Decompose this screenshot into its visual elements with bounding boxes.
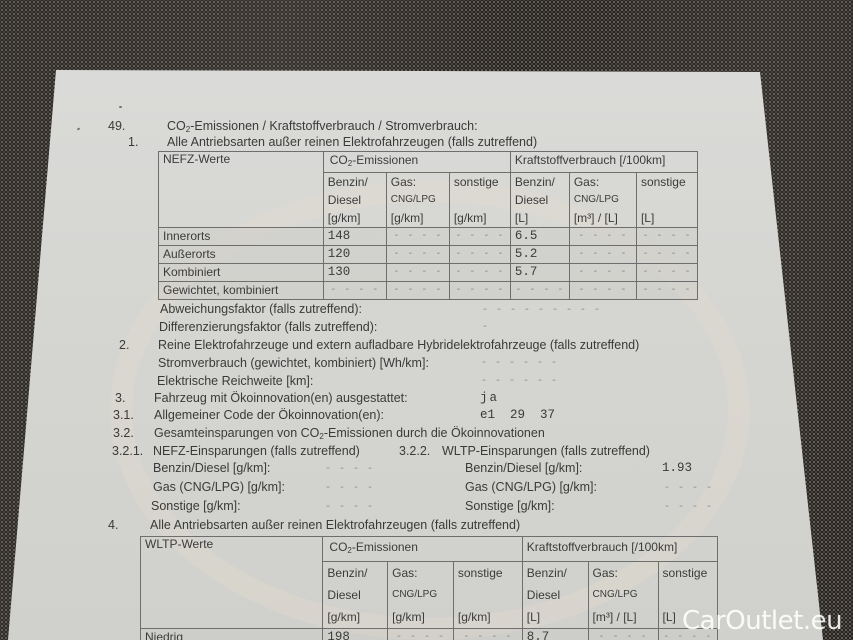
item-3-2-number: 3.2.	[113, 426, 134, 440]
column-header-line: Gas:	[391, 173, 445, 191]
column-header: sonstige [L]	[636, 173, 697, 228]
column-header-line: Gas:	[574, 173, 632, 191]
oekoinnovation-code: e1 29 37	[480, 408, 555, 422]
column-header-line: [g/km]	[327, 606, 383, 628]
column-header-line: [g/km]	[392, 606, 449, 628]
wltp-einsparung-value: - - - -	[664, 483, 713, 494]
item-4-number: 4.	[108, 518, 118, 532]
cell-value: - - - -	[636, 264, 697, 282]
item-2-number: 2.	[119, 338, 129, 352]
column-header-line: [g/km]	[458, 606, 518, 628]
table-row: Gewichtet, kombiniert- - - -- - - -- - -…	[159, 282, 698, 300]
reichweite-label: Elektrische Reichweite [km]:	[157, 374, 313, 388]
item-1-text: Alle Antriebsarten außer reinen Elektrof…	[167, 135, 537, 149]
cell-value: 198	[323, 629, 388, 640]
column-header: Gas:CNG/LPG[m³] / [L]	[569, 173, 636, 228]
cell-value: - - - -	[588, 629, 658, 640]
item-3-2-1-number: 3.2.1.	[112, 444, 143, 458]
column-header-line: Benzin/	[527, 562, 584, 584]
cell-value: 5.2	[510, 246, 569, 264]
column-header-line: [L]	[527, 606, 584, 628]
section-title: CO2-Emissionen / Kraftstoffverbrauch / S…	[167, 119, 478, 134]
item-3-1-text: Allgemeiner Code der Ökoinnovation(en):	[154, 408, 384, 422]
column-header: Gas:CNG/LPG[g/km]	[388, 562, 454, 629]
row-label: Kombiniert	[159, 264, 324, 282]
column-header-line: CNG/LPG	[574, 191, 632, 209]
cell-value: - - - -	[569, 264, 636, 282]
cell-value: - - - -	[636, 282, 697, 300]
wltp-fuel-group-header: Kraftstoffverbrauch [/100km]	[522, 537, 717, 562]
wltp-einsparungen-title: WLTP-Einsparungen (falls zutreffend)	[442, 444, 650, 458]
column-header-line: CNG/LPG	[392, 584, 449, 606]
nefz-corner-header: NEFZ-Werte	[159, 152, 324, 228]
ink-speck	[77, 127, 81, 130]
wltp-co2-group-header: CO2-Emissionen	[323, 537, 522, 562]
column-header: Benzin/Diesel[L]	[510, 173, 569, 228]
column-header-line: Benzin/	[327, 562, 383, 584]
table-row: Niedrig198- - - -- - - -8.7- - - -- - - …	[141, 629, 718, 640]
item-3-text: Fahrzeug mit Ökoinnovation(en) ausgestat…	[154, 391, 408, 405]
cell-value: 8.7	[522, 629, 588, 640]
nefz-einsparung-label: Sonstige [g/km]:	[151, 499, 241, 513]
wltp-einsparung-label: Gas (CNG/LPG) [g/km]:	[465, 480, 597, 494]
nefz-table: NEFZ-Werte CO2-Emissionen Kraftstoffverb…	[158, 151, 698, 300]
nefz-einsparung-value: - - - -	[325, 464, 374, 475]
cell-value: 120	[323, 246, 386, 264]
cell-value: - - - -	[449, 228, 510, 246]
column-header-line: [L]	[515, 209, 565, 227]
column-header-line: Gas:	[593, 562, 654, 584]
row-label: Außerorts	[159, 246, 324, 264]
column-header-line: [g/km]	[328, 209, 382, 227]
cell-value: - - - -	[386, 228, 449, 246]
cell-value: - - - -	[386, 246, 449, 264]
column-header: Benzin/Diesel[L]	[522, 562, 588, 629]
table-row: Kombiniert130- - - -- - - -5.7- - - -- -…	[159, 264, 698, 282]
row-label: Gewichtet, kombiniert	[159, 282, 324, 300]
column-header-line: sonstige	[454, 173, 506, 191]
column-header-line: sonstige	[458, 562, 518, 584]
item-1-number: 1.	[128, 135, 138, 149]
column-header-line: CNG/LPG	[391, 191, 445, 209]
column-header-line	[663, 584, 713, 606]
cell-value: - - - -	[449, 246, 510, 264]
reichweite-value: - - - - - -	[481, 376, 558, 387]
table-row: Außerorts120- - - -- - - -5.2- - - -- - …	[159, 246, 698, 264]
differenzierungsfaktor-value: -	[482, 322, 489, 333]
column-header-line	[458, 584, 518, 606]
cell-value: - - - -	[569, 282, 636, 300]
cell-value: - - - -	[453, 629, 522, 640]
stromverbrauch-value: - - - - - -	[481, 358, 558, 369]
nefz-einsparung-label: Benzin/Diesel [g/km]:	[153, 461, 270, 475]
column-header: sonstige [g/km]	[453, 562, 522, 629]
column-header-line: Diesel	[327, 584, 383, 606]
column-header: sonstige [g/km]	[449, 173, 510, 228]
column-header-line	[641, 191, 693, 209]
row-label: Innerorts	[159, 228, 324, 246]
column-header-line: [m³] / [L]	[593, 606, 654, 628]
abweichungsfaktor-value: - - - - - - - - -	[482, 305, 601, 316]
ink-speck	[119, 106, 122, 108]
cell-value: - - - -	[569, 228, 636, 246]
cell-value: - - - -	[449, 282, 510, 300]
column-header-line: [L]	[641, 209, 693, 227]
column-header-line	[454, 191, 506, 209]
column-header-line: [m³] / [L]	[574, 209, 632, 227]
cell-value: 130	[323, 264, 386, 282]
column-header: Benzin/Diesel[g/km]	[323, 173, 386, 228]
column-header-line: Gas:	[392, 562, 449, 584]
row-label: Niedrig	[141, 629, 323, 640]
abweichungsfaktor-label: Abweichungsfaktor (falls zutreffend):	[160, 302, 362, 316]
cell-value: 148	[323, 228, 386, 246]
wltp-einsparung-label: Sonstige [g/km]:	[465, 499, 555, 513]
cell-value: - - - -	[636, 228, 697, 246]
cell-value: - - - -	[386, 282, 449, 300]
column-header-line: Benzin/	[515, 173, 565, 191]
section-number: 49.	[108, 119, 125, 133]
coc-document: 49. CO2-Emissionen / Kraftstoffverbrauch…	[0, 0, 853, 640]
wltp-einsparung-value: 1.93	[662, 461, 692, 475]
column-header-line: [g/km]	[454, 209, 506, 227]
table-row: Innerorts148- - - -- - - -6.5- - - -- - …	[159, 228, 698, 246]
column-header-line: CNG/LPG	[593, 584, 654, 606]
cell-value: - - - -	[569, 246, 636, 264]
cell-value: - - - -	[388, 629, 454, 640]
wltp-einsparung-value: - - - -	[664, 502, 713, 513]
column-header-line: Diesel	[515, 191, 565, 209]
item-3-2-2-number: 3.2.2.	[399, 444, 430, 458]
cell-value: - - - -	[323, 282, 386, 300]
differenzierungsfaktor-label: Differenzierungsfaktor (falls zutreffend…	[159, 320, 377, 334]
cell-value: - - - -	[636, 246, 697, 264]
cell-value: 5.7	[510, 264, 569, 282]
column-header-line: sonstige	[641, 173, 693, 191]
cell-value: 6.5	[510, 228, 569, 246]
wltp-corner-header: WLTP-Werte	[141, 537, 323, 629]
item-4-text: Alle Antriebsarten außer reinen Elektrof…	[150, 518, 520, 532]
oekoinnovation-value: ja	[480, 391, 499, 405]
item-2-text: Reine Elektrofahrzeuge und extern auflad…	[158, 338, 639, 352]
caroutlet-watermark: CarOutlet.eu	[682, 606, 842, 636]
column-header-line: Benzin/	[328, 173, 382, 191]
wltp-table: WLTP-Werte CO2-Emissionen Kraftstoffverb…	[140, 536, 718, 640]
column-header: Gas:CNG/LPG[m³] / [L]	[588, 562, 658, 629]
nefz-fuel-group-header: Kraftstoffverbrauch [/100km]	[510, 152, 697, 173]
wltp-einsparung-label: Benzin/Diesel [g/km]:	[465, 461, 582, 475]
cell-value: - - - -	[386, 264, 449, 282]
item-3-1-number: 3.1.	[113, 408, 134, 422]
nefz-einsparungen-title: NEFZ-Einsparungen (falls zutreffend)	[153, 444, 360, 458]
stromverbrauch-label: Stromverbrauch (gewichtet, kombiniert) […	[158, 356, 429, 370]
nefz-einsparung-label: Gas (CNG/LPG) [g/km]:	[153, 480, 285, 494]
column-header: Gas:CNG/LPG[g/km]	[386, 173, 449, 228]
column-header-line: Diesel	[328, 191, 382, 209]
column-header-line: [g/km]	[391, 209, 445, 227]
nefz-einsparung-value: - - - -	[325, 483, 374, 494]
cell-value: - - - -	[449, 264, 510, 282]
nefz-co2-group-header: CO2-Emissionen	[323, 152, 510, 173]
column-header-line: sonstige	[663, 562, 713, 584]
nefz-einsparung-value: - - - -	[325, 502, 374, 513]
item-3-number: 3.	[115, 391, 125, 405]
item-3-2-text: Gesamteinsparungen von CO2-Emissionen du…	[154, 426, 545, 441]
column-header-line: Diesel	[527, 584, 584, 606]
cell-value: - - - -	[510, 282, 569, 300]
column-header: Benzin/Diesel[g/km]	[323, 562, 388, 629]
